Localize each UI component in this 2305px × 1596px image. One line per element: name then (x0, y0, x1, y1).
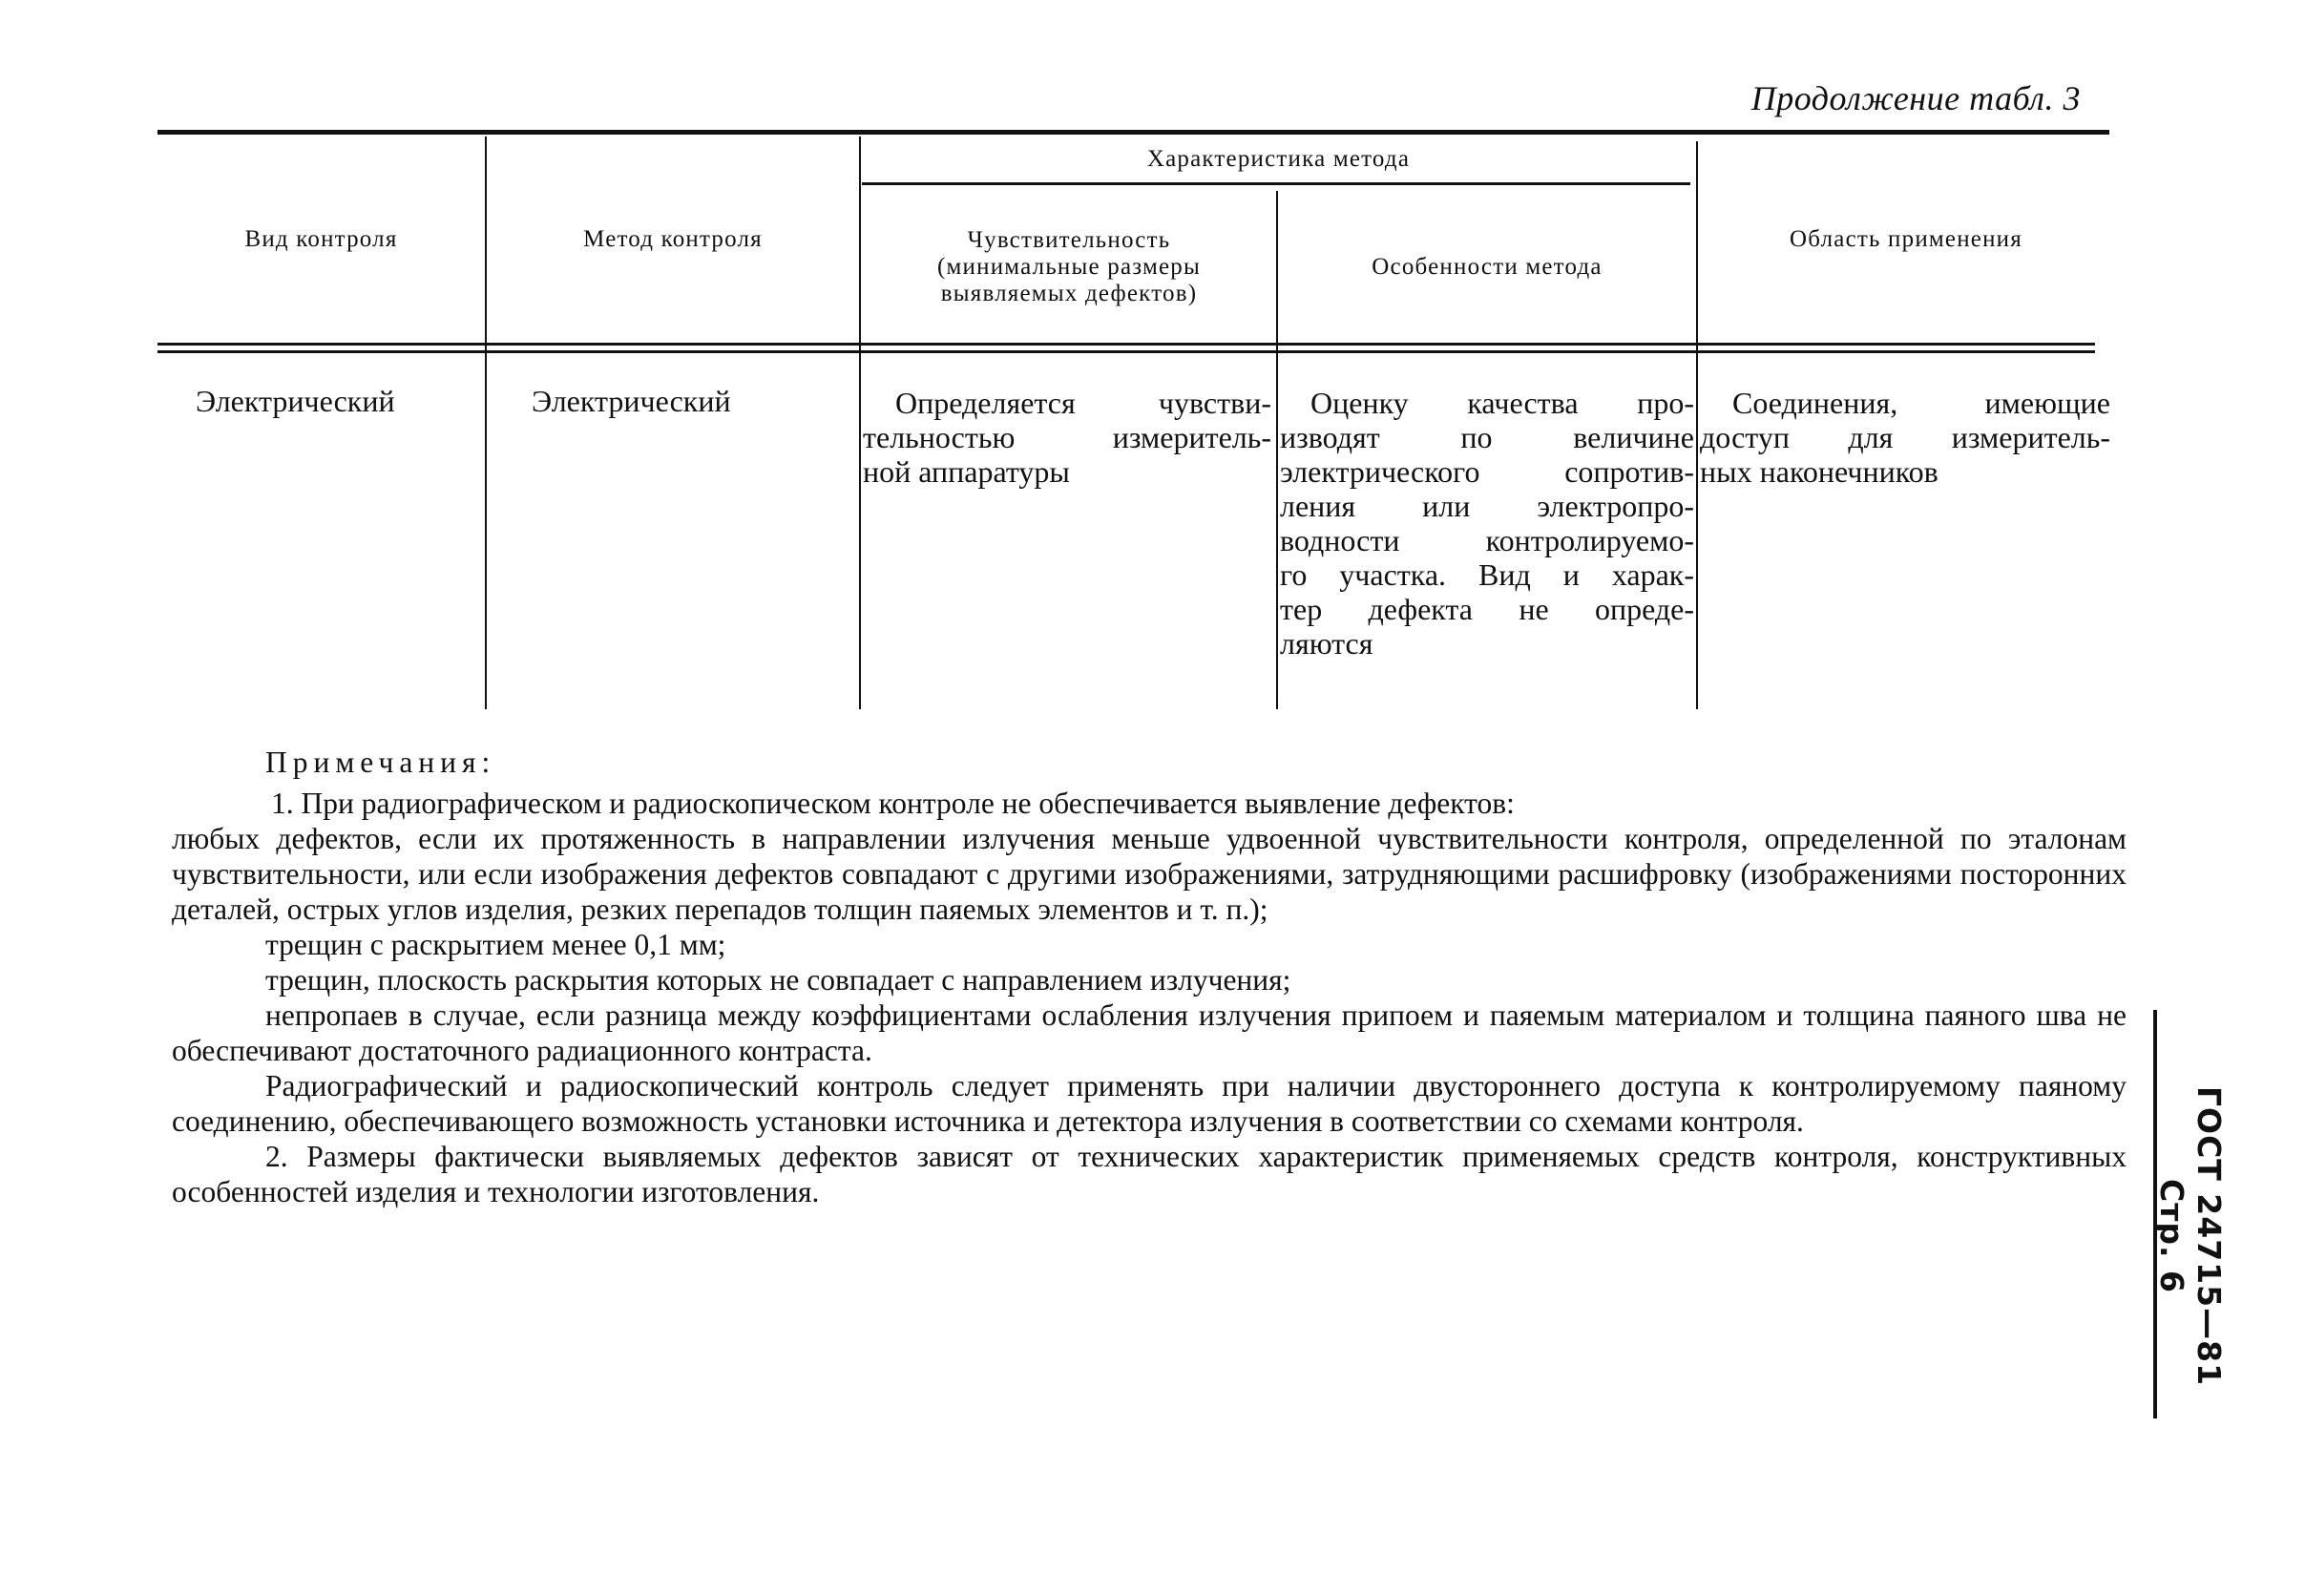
cell-line: изводят по величине (1280, 420, 1694, 454)
cell-features: Оценку качества про- изводят по величине… (1280, 386, 1694, 661)
cell-line: доступ для измеритель- (1700, 420, 2110, 454)
note-paragraph: 2. Размеры фактически выявляемых дефекто… (172, 1139, 2127, 1209)
cell-line: Соединения, имеющие (1700, 386, 2110, 420)
cell-line: тер дефекта не опреде- (1280, 592, 1694, 626)
table-continuation-label: Продолжение табл. 3 (1699, 78, 2081, 118)
cell-line: ления или электропро- (1280, 489, 1694, 523)
column-header-sensitivity: Чувствительность (минимальные размеры вы… (888, 191, 1250, 343)
group-header-rule (862, 182, 1690, 185)
column-header-scope: Область применения (1698, 136, 2114, 343)
cell-line: водности контролируемо- (1280, 523, 1694, 557)
page-side-label: ГОСТ 24715—81 Стр. 6 (2186, 1050, 2228, 1422)
cell-sensitivity: Определяется чувстви- тельностью измерит… (863, 386, 1271, 489)
cell-line: Оценку качества про- (1280, 386, 1694, 420)
notes-title: Примечания: (265, 745, 2127, 780)
note-paragraph: трещин, плоскость раскрытия которых не с… (265, 962, 2127, 997)
column-header-features: Особенности метода (1278, 191, 1696, 343)
header-bottom-rule (157, 343, 2095, 346)
table-top-rule (157, 130, 2109, 135)
column-header-method: Метод контроля (487, 136, 859, 343)
note-paragraph: непропаев в случае, если разница между к… (172, 997, 2127, 1068)
cell-line: ных наконечников (1700, 454, 2110, 489)
note-paragraph: Радиографический и радиоскопический конт… (172, 1068, 2127, 1139)
notes-section: Примечания: 1. При радиографическом и ра… (265, 745, 2127, 1209)
header-bottom-rule-double (157, 350, 2095, 353)
column-header-kind: Вид контроля (157, 136, 485, 343)
cell-line: ной аппаратуры (863, 454, 1271, 489)
cell-line: го участка. Вид и харак- (1280, 557, 1694, 592)
note-paragraph: любых дефектов, если их протяженность в … (172, 821, 2127, 927)
column-divider (859, 136, 861, 709)
cell-line: тельностью измеритель- (863, 420, 1271, 454)
cell-line: Определяется чувстви- (863, 386, 1271, 420)
column-group-header: Характеристика метода (861, 136, 1696, 182)
cell-kind: Электрический (196, 384, 395, 418)
note-paragraph: 1. При радиографическом и радиоскопическ… (265, 786, 2127, 821)
cell-scope: Соединения, имеющие доступ для измерител… (1700, 386, 2110, 489)
cell-line: ляются (1280, 626, 1694, 661)
note-paragraph: трещин с раскрытием менее 0,1 мм; (265, 927, 2127, 962)
cell-line: электрического сопротив- (1280, 454, 1694, 489)
cell-method: Электрический (532, 384, 731, 418)
